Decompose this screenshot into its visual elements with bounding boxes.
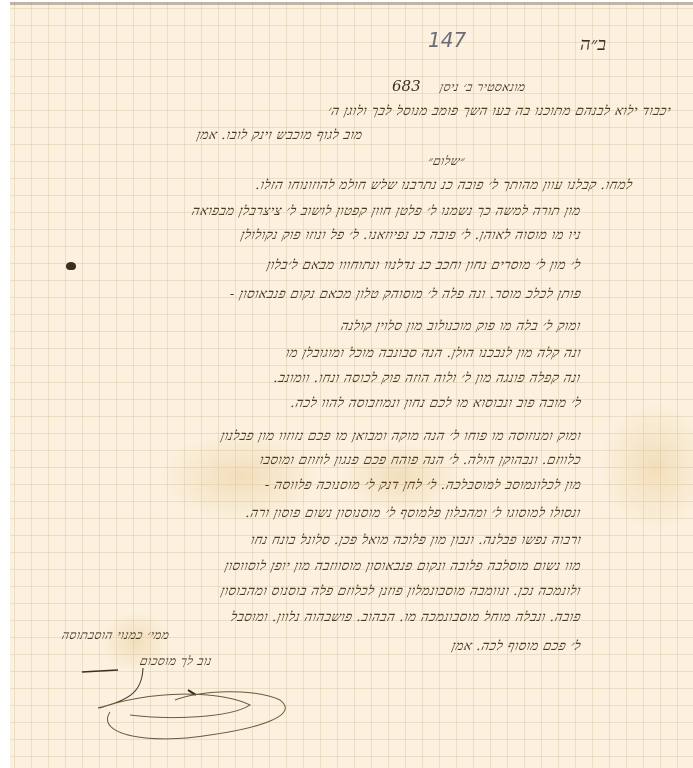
signature-flourish-icon: [0, 0, 693, 768]
